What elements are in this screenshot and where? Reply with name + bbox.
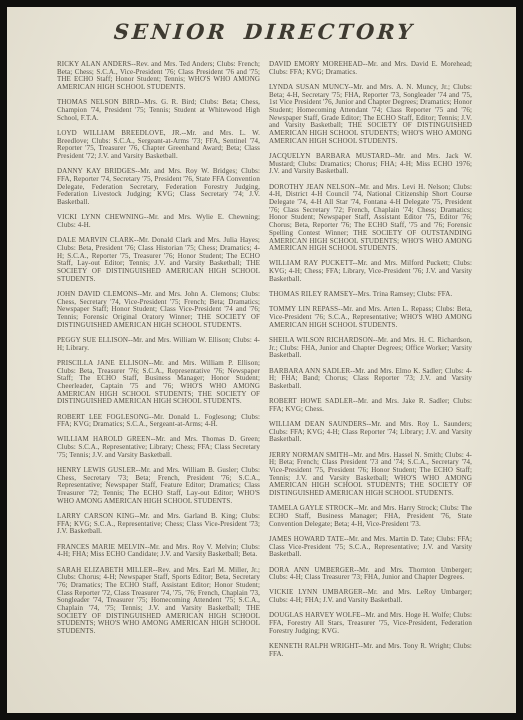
directory-entry: PEGGY SUE ELLISON--Mr. and Mrs. William … bbox=[57, 337, 260, 352]
directory-entry: SARAH ELIZABETH MILLER--Rev. and Mrs. Ea… bbox=[57, 567, 260, 636]
directory-entry: WILLIAM RAY PUCKETT--Mr. and Mrs. Milfor… bbox=[269, 260, 472, 283]
directory-entry: ROBERT HOWE SADLER--Mr. and Mrs. Jake R.… bbox=[269, 398, 472, 413]
entry-details: Rev. and Mrs. Earl M. Miller, Jr.; Clubs… bbox=[57, 566, 260, 636]
student-name: THOMAS RILEY RAMSEY bbox=[269, 290, 353, 298]
directory-entry: JAMES HOWARD TATE--Mr. and Mrs. Martin D… bbox=[269, 536, 472, 559]
yearbook-page: SENIOR DIRECTORY RICKY ALAN ANDERS--Rev.… bbox=[7, 7, 516, 713]
directory-entry: JACQUELYN BARBARA MUSTARD--Mr. and Mrs. … bbox=[269, 153, 472, 176]
directory-column-right: DAVID EMORY MOREHEAD--Mr. and Mrs. David… bbox=[269, 54, 472, 666]
entry-details: Mr. and Mrs. William P. Ellison; Clubs: … bbox=[57, 359, 260, 406]
entry-details: Mr. and Mrs. Hassel N. Smith; Clubs: 4-H… bbox=[269, 451, 472, 498]
directory-entry: ROBERT LEE FOGLESONG--Mr. Donald L. Fogl… bbox=[57, 414, 260, 429]
directory-column-left: RICKY ALAN ANDERS--Rev. and Mrs. Ted And… bbox=[57, 54, 260, 666]
directory-entry: LARRY CARSON KING--Mr. and Mrs. Garland … bbox=[57, 513, 260, 536]
entry-details: Mr. Donald Clark and Mrs. Julia Hayes; C… bbox=[57, 236, 260, 283]
directory-entry: PRISCILLA JANE ELLISON--Mr. and Mrs. Wil… bbox=[57, 360, 260, 406]
entry-details: Mr. and Mrs. Levi H. Nelson; Clubs: 4-H,… bbox=[269, 183, 472, 253]
directory-entry: LOYD WILLIAM BREEDLOVE, JR.--Mr. and Mrs… bbox=[57, 130, 260, 161]
directory-entry: THOMAS NELSON BIRD--Mrs. G. R. Bird; Clu… bbox=[57, 99, 260, 122]
directory-entry: DOROTHY JEAN NELSON--Mr. and Mrs. Levi H… bbox=[269, 184, 472, 253]
directory-entry: BARBARA ANN SADLER--Mr. and Mrs. Elmo K.… bbox=[269, 368, 472, 391]
directory-entry: DORA ANN UMBERGER--Mr. and Mrs. Thornton… bbox=[269, 567, 472, 582]
directory-entry: DAVID EMORY MOREHEAD--Mr. and Mrs. David… bbox=[269, 61, 472, 76]
directory-entry: WILLIAM HAROLD GREEN--Mr. and Mrs. Thoma… bbox=[57, 436, 260, 459]
directory-entry: LYNDA SUSAN MUNCY--Mr. and Mrs. A. N. Mu… bbox=[269, 84, 472, 146]
directory-columns: RICKY ALAN ANDERS--Rev. and Mrs. Ted And… bbox=[57, 54, 472, 666]
directory-entry: RICKY ALAN ANDERS--Rev. and Mrs. Ted And… bbox=[57, 61, 260, 92]
directory-entry: HENRY LEWIS GUSLER--Mr. and Mrs. William… bbox=[57, 467, 260, 506]
directory-entry: KENNETH RALPH WRIGHT--Mr. and Mrs. Tony … bbox=[269, 643, 472, 658]
directory-entry: TOMMY LIN REPASS--Mr. and Mrs. Arten L. … bbox=[269, 306, 472, 329]
directory-entry: TAMELA GAYLE STROCK--Mr. and Mrs. Harry … bbox=[269, 505, 472, 528]
directory-entry: DOUGLAS HARVEY WOLFE--Mr. and Mrs. Hoge … bbox=[269, 612, 472, 635]
entry-details: Mr. and Mrs. A. N. Muncy, Jr.; Clubs: Be… bbox=[269, 83, 472, 145]
directory-entry: WILLIAM DEAN SAUNDERS--Mr. and Mrs. Roy … bbox=[269, 421, 472, 444]
photo-frame: SENIOR DIRECTORY RICKY ALAN ANDERS--Rev.… bbox=[0, 0, 523, 720]
directory-entry: JERRY NORMAN SMITH--Mr. and Mrs. Hassel … bbox=[269, 452, 472, 498]
directory-entry: DALE MARVIN CLARK--Mr. Donald Clark and … bbox=[57, 237, 260, 283]
directory-entry: FRANCES MARIE MELVIN--Mr. and Mrs. Roy V… bbox=[57, 544, 260, 559]
directory-entry: THOMAS RILEY RAMSEY--Mrs. Trina Ramsey; … bbox=[269, 291, 472, 299]
page-title: SENIOR DIRECTORY bbox=[56, 19, 473, 44]
directory-entry: DANNY KAY BRIDGES--Mr. and Mrs. Roy W. B… bbox=[57, 168, 260, 207]
directory-entry: VICKI LYNN CHEWNING--Mr. and Mrs. Wylie … bbox=[57, 214, 260, 229]
directory-entry: VICKIE LYNN UMBARGER--Mr. and Mrs. LeRoy… bbox=[269, 589, 472, 604]
entry-details: Mrs. Trina Ramsey; Clubs: FFA. bbox=[358, 290, 453, 298]
directory-entry: SHEILA WILSON RICHARDSON--Mr. and Mrs. H… bbox=[269, 337, 472, 360]
directory-entry: JOHN DAVID CLEMONS--Mr. and Mrs. John A.… bbox=[57, 291, 260, 330]
